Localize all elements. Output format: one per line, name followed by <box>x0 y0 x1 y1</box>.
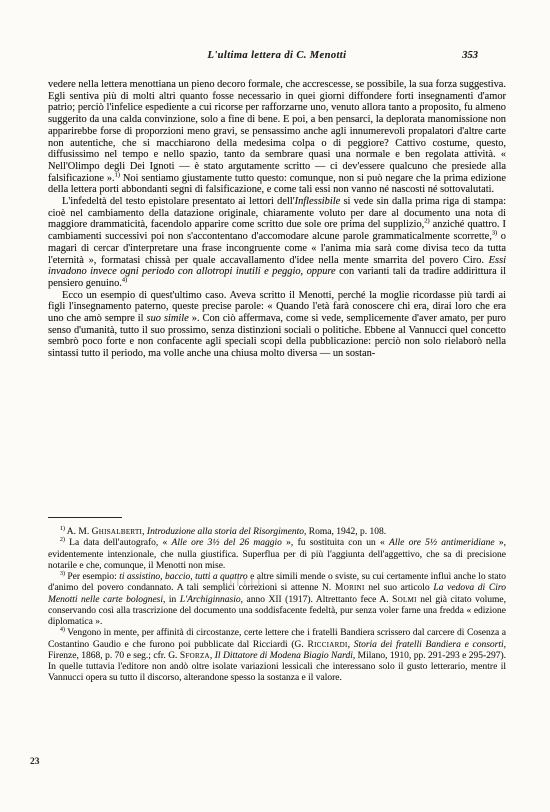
footnote: 4) Vengono in mente, per affinità di cir… <box>48 628 506 684</box>
running-header: L'ultima lettera di C. Menotti 353 <box>48 50 506 64</box>
body-paragraph: L'infedeltà del testo epistolare present… <box>48 196 506 290</box>
body-text: vedere nella lettera menottiana un pieno… <box>48 79 506 360</box>
body-paragraph: vedere nella lettera menottiana un pieno… <box>48 79 506 196</box>
body-paragraph: Ecco un esempio di quest'ultimo caso. Av… <box>48 290 506 360</box>
page-number: 353 <box>462 50 478 61</box>
footnote: 1) A. M. Ghisalberti, Introduzione alla … <box>48 527 506 538</box>
footnote: 2) La data dell'autografo, « Alle ore 3½… <box>48 538 506 572</box>
signature-mark: 23 <box>30 757 40 767</box>
footnote: 3) Per esempio: ti assistino, baccio, tu… <box>48 572 506 628</box>
footnote-separator-rule <box>48 517 122 518</box>
footnotes: 1) A. M. Ghisalberti, Introduzione alla … <box>48 527 506 685</box>
running-title: L'ultima lettera di C. Menotti <box>48 50 506 61</box>
scanned-book-page: L'ultima lettera di C. Menotti 353 veder… <box>0 0 550 812</box>
